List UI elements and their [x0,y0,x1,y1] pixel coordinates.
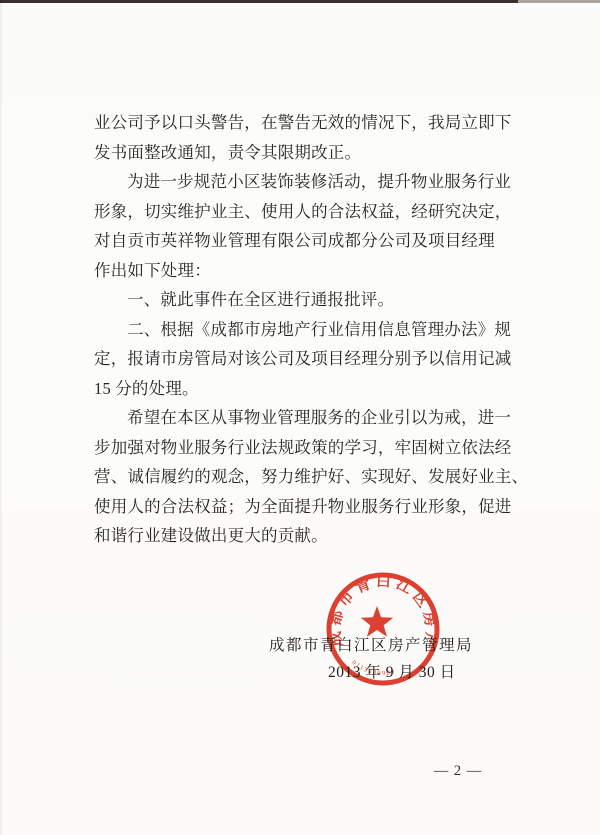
text-line: 作出如下处理： [94,256,514,286]
text-line: 一、就此事件在全区进行通报批评。 [94,285,514,315]
text-line: 业公司予以口头警告，在警告无效的情况下，我局立即下 [94,108,514,138]
signature-org: 成都市青白江区房产管理局 [269,633,473,655]
text-line: 步加强对物业服务行业法规政策的学习，牢固树立依法经 [94,433,514,463]
signature-date: 2013 年 9 月 30 日 [328,660,456,682]
text-line: 营、诚信履约的观念，努力维护好、实现好、发展好业主、 [94,462,514,492]
document-body: 业公司予以口头警告，在警告无效的情况下，我局立即下 发书面整改通知，责令其限期改… [94,108,514,551]
scan-artifact-top-dark [0,0,518,3]
text-line: 15 分的处理。 [94,374,514,404]
official-seal: 成都市青白江区房产管理局 0113580909 [303,549,463,709]
text-line: 和谐行业建设做出更大的贡献。 [94,521,514,551]
text-line: 发书面整改通知，责令其限期改正。 [94,138,514,168]
text-line: 定，报请市房管局对该公司及项目经理分别予以信用记减 [94,344,514,374]
scanned-page: 业公司予以口头警告，在警告无效的情况下，我局立即下 发书面整改通知，责令其限期改… [0,0,600,835]
text-line: 为进一步规范小区装饰装修活动，提升物业服务行业 [94,167,514,197]
text-line: 形象，切实维护业主、使用人的合法权益，经研究决定， [94,197,514,227]
text-line: 对自贡市英祥物业管理有限公司成都分公司及项目经理 [94,226,514,256]
scan-artifact-left-edge [0,3,2,835]
page-number: — 2 — [423,763,493,780]
scan-artifact-top-light [518,0,600,3]
text-line: 使用人的合法权益；为全面提升物业服务行业形象，促进 [94,492,514,522]
text-line: 希望在本区从事物业管理服务的企业引以为戒，进一 [94,403,514,433]
text-line: 二、根据《成都市房地产行业信用信息管理办法》规 [94,315,514,345]
